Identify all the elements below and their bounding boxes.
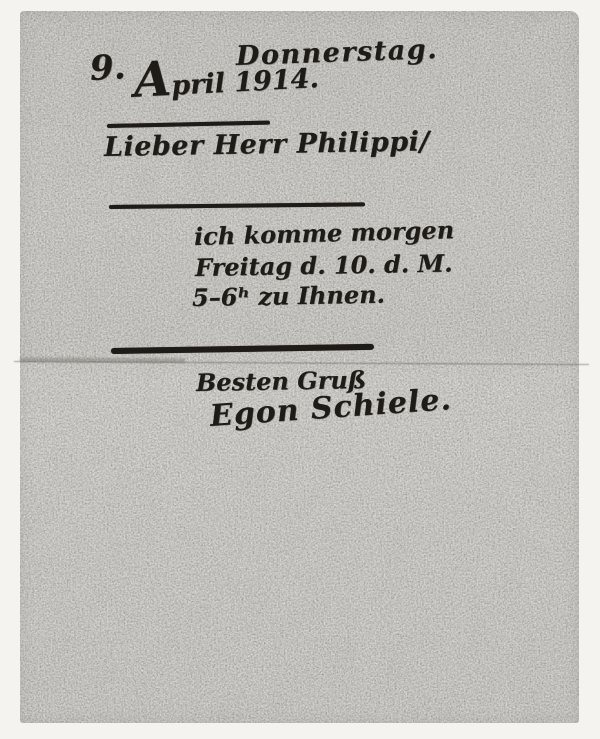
letter-paper: Donnerstag. 9. April 1914. Lieber Herr P… [20,11,579,723]
date-month-year: April 1914. [133,53,320,104]
body-line-2: Freitag d. 10. d. M. [195,249,453,282]
body-line-3: 5–6ʰ zu Ihnen. [192,280,385,312]
section-divider-stroke [109,202,365,208]
signature-divider-stroke [111,344,374,354]
date-line: 9. April 1914. [89,37,317,90]
body-line-1: ich komme morgen [194,215,455,251]
date-day: 9. [89,47,127,89]
scanned-letter-page: Donnerstag. 9. April 1914. Lieber Herr P… [0,0,600,739]
date-underline-stroke [107,121,270,128]
salutation-line: Lieber Herr Philippi/ [104,126,430,163]
